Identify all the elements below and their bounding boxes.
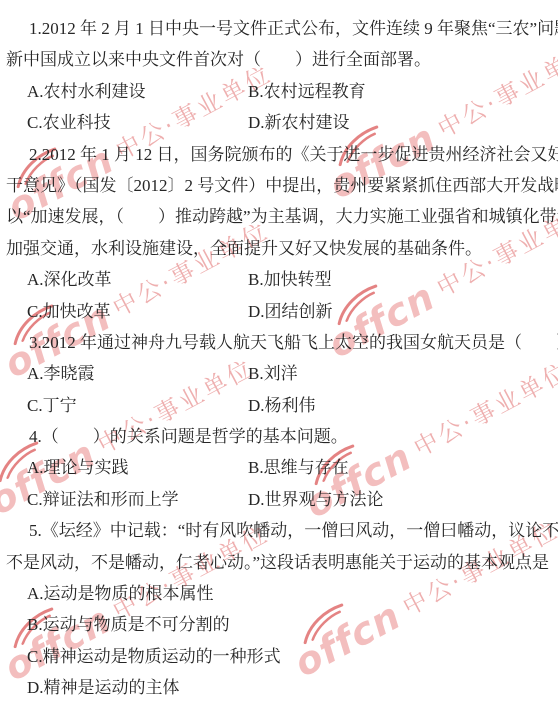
q5-stem-line-1: 5.《坛经》中记载：“时有风吹幡动，一僧曰风动，一僧曰幡动，议论不已。惠能进曰：: [0, 515, 558, 546]
q3-option-c: C.丁宁: [27, 390, 248, 421]
q5-option-a: A.运动是物质的根本属性: [0, 578, 558, 609]
q3-options-row-cd: C.丁宁 D.杨利伟: [0, 390, 558, 421]
q2-stem-line-4: 加强交通，水利设施建设，全面提升又好又快发展的基础条件。: [0, 233, 558, 264]
q1-option-a: A.农村水利建设: [27, 76, 248, 107]
q5-option-d: D.精神是运动的主体: [0, 672, 558, 703]
q2-option-d: D.团结创新: [248, 296, 333, 327]
q1-option-d: D.新农村建设: [248, 107, 350, 138]
q4-option-b: B.思维与存在: [248, 452, 349, 483]
q1-options-row-ab: A.农村水利建设 B.农村远程教育: [0, 76, 558, 107]
q3-option-d: D.杨利伟: [248, 390, 316, 421]
q4-stem-line-1: 4.（ ）的关系问题是哲学的基本问题。: [0, 421, 558, 452]
q2-stem-line-2: 干意见》（国发〔2012〕2 号文件）中提出，贵州要紧紧抓住西部大开发战略的历史…: [0, 170, 558, 201]
q2-options-row-ab: A.深化改革 B.加快转型: [0, 264, 558, 295]
q4-option-d: D.世界观与方法论: [248, 484, 384, 515]
q2-option-b: B.加快转型: [248, 264, 332, 295]
q2-option-a: A.深化改革: [27, 264, 248, 295]
question-paper: 1.2012 年 2 月 1 日中央一号文件正式公布，文件连续 9 年聚焦“三农…: [0, 0, 558, 710]
q1-stem-line-1: 1.2012 年 2 月 1 日中央一号文件正式公布，文件连续 9 年聚焦“三农…: [0, 13, 558, 44]
q1-options-row-cd: C.农业科技 D.新农村建设: [0, 107, 558, 138]
q4-option-a: A.理论与实践: [27, 452, 248, 483]
q1-option-b: B.农村远程教育: [248, 76, 366, 107]
q1-option-c: C.农业科技: [27, 107, 248, 138]
q4-options-row-cd: C.辩证法和形而上学 D.世界观与方法论: [0, 484, 558, 515]
q3-option-b: B.刘洋: [248, 358, 298, 389]
q4-option-c: C.辩证法和形而上学: [27, 484, 248, 515]
q2-stem-line-3: 以“加速发展，（ ）推动跨越”为主基调，大力实施工业强省和城镇化带动战略，着力: [0, 201, 558, 232]
q2-option-c: C.加快改革: [27, 296, 248, 327]
q2-options-row-cd: C.加快改革 D.团结创新: [0, 296, 558, 327]
q2-stem-line-1: 2.2012 年 1 月 12 日，国务院颁布的《关于进一步促进贵州经济社会又好…: [0, 139, 558, 170]
q3-option-a: A.李晓霞: [27, 358, 248, 389]
q5-stem-line-2: 不是风动，不是幡动，仁者心动。”这段话表明惠能关于运动的基本观点是（ ）。: [0, 547, 558, 578]
q3-options-row-ab: A.李晓霞 B.刘洋: [0, 358, 558, 389]
q3-stem-line-1: 3.2012 年通过神舟九号载人航天飞船飞上太空的我国女航天员是（ ）。: [0, 327, 558, 358]
q4-options-row-ab: A.理论与实践 B.思维与存在: [0, 452, 558, 483]
q1-stem-line-2: 新中国成立以来中央文件首次对（ ）进行全面部署。: [0, 44, 558, 75]
q5-option-b: B.运动与物质是不可分割的: [0, 609, 558, 640]
exam-question-page: offcn 中公·事业单位 offcn 中公·事业单位 offcn 中公·事业单…: [0, 0, 558, 710]
q5-option-c: C.精神运动是物质运动的一种形式: [0, 641, 558, 672]
